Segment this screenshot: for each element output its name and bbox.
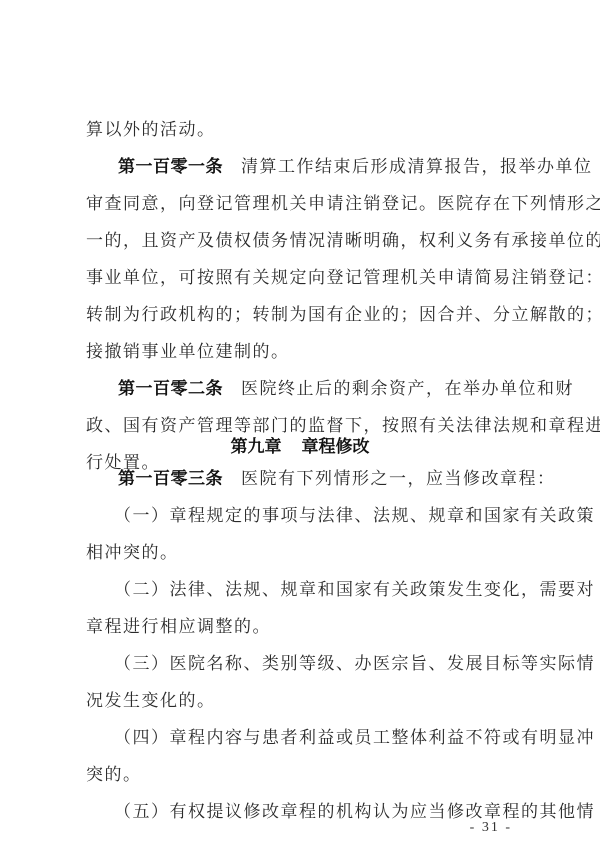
article-text: 清算工作结束后形成清算报告，报举办单位 — [241, 157, 593, 177]
text-line: 章程进行相应调整的。 — [86, 617, 526, 637]
list-item-3: （三）医院名称、类别等级、办医宗旨、发展目标等实际情 — [86, 654, 554, 674]
list-item-2: （二）法律、法规、规章和国家有关政策发生变化，需要对 — [86, 580, 554, 600]
list-item-4: （四）章程内容与患者利益或员工整体利益不符或有明显冲 — [86, 728, 554, 748]
text-line: 一的，且资产及债权债务情况清晰明确，权利义务有承接单位的 — [86, 231, 526, 251]
text-line: 算以外的活动。 — [86, 120, 526, 140]
article-101: 第一百零一条清算工作结束后形成清算报告，报举办单位 — [86, 157, 558, 177]
article-102: 第一百零二条医院终止后的剩余资产，在举办单位和财 — [86, 379, 558, 399]
text-line: 接撤销事业单位建制的。 — [86, 342, 526, 362]
document-page: 算以外的活动。 第一百零一条清算工作结束后形成清算报告，报举办单位 审查同意，向… — [0, 0, 600, 848]
text-line: 突的。 — [86, 765, 526, 785]
text-line: 审查同意，向登记管理机关申请注销登记。医院存在下列情形之 — [86, 194, 526, 214]
list-item-1: （一）章程规定的事项与法律、法规、规章和国家有关政策 — [86, 506, 554, 526]
article-text: 医院终止后的剩余资产，在举办单位和财 — [241, 379, 574, 399]
chapter-heading: 第九章章程修改 — [0, 432, 600, 457]
text-line: 转制为行政机构的；转制为国有企业的；因合并、分立解散的；直 — [86, 305, 526, 325]
text-line: 相冲突的。 — [86, 543, 526, 563]
article-number: 第一百零三条 — [118, 469, 223, 489]
chapter-title: 章程修改 — [302, 437, 370, 457]
text-line: 况发生变化的。 — [86, 691, 526, 711]
article-103: 第一百零三条医院有下列情形之一，应当修改章程： — [86, 469, 558, 489]
article-text: 医院有下列情形之一，应当修改章程： — [241, 469, 556, 489]
article-number: 第一百零二条 — [118, 379, 223, 399]
list-item-5: （五）有权提议修改章程的机构认为应当修改章程的其他情 — [86, 802, 554, 822]
page-number: - 31 - — [470, 820, 512, 836]
text-line: 事业单位，可按照有关规定向登记管理机关申请简易注销登记： — [86, 268, 526, 288]
chapter-number: 第九章 — [231, 437, 282, 457]
article-number: 第一百零一条 — [118, 157, 223, 177]
